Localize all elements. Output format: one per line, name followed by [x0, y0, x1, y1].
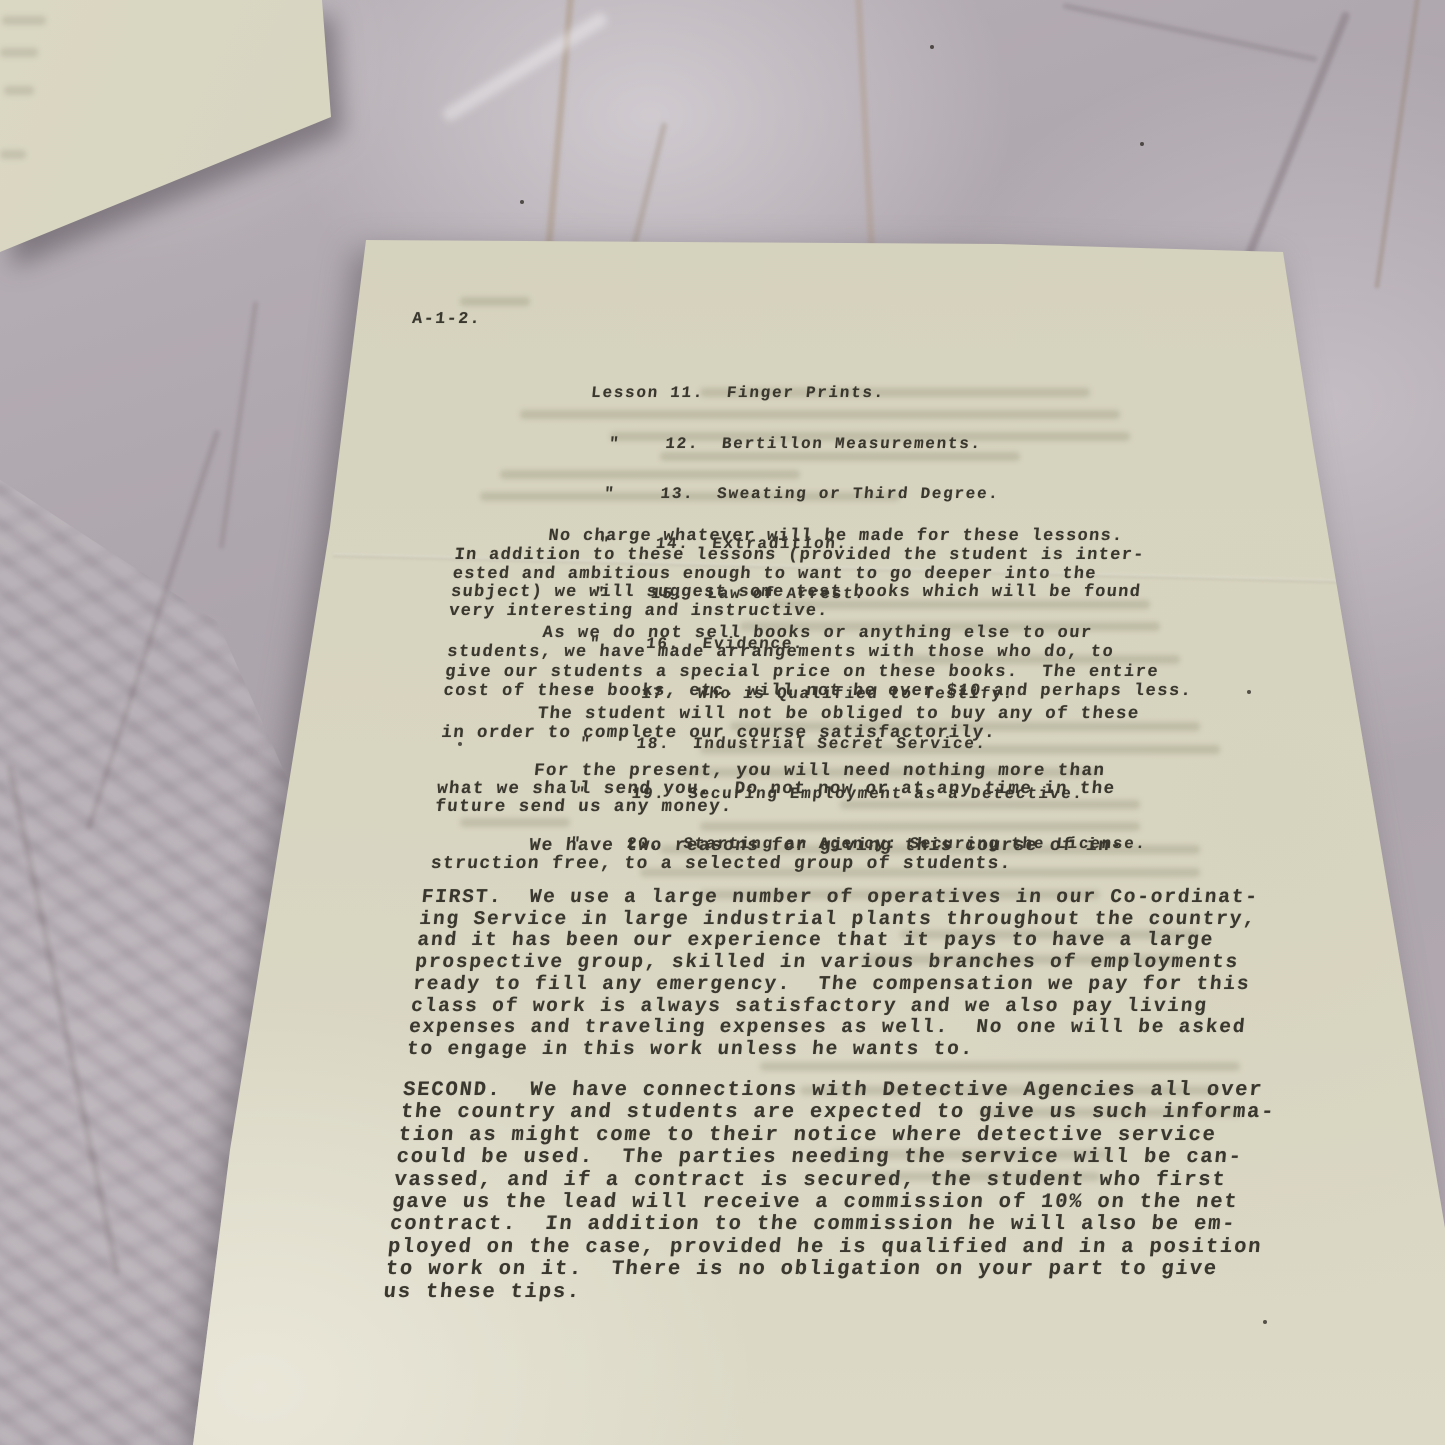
paragraph-two-reasons: We have two reasons for giving this cour… [430, 837, 1123, 873]
lesson-line: " 13. Sweating or Third Degree. [581, 486, 1182, 503]
letter-page-shadow: A-1-2. Lesson 11. Finger Prints. " 12. B… [0, 0, 1445, 1445]
lesson-line: " 12. Bertillon Measurements. [585, 436, 1186, 453]
photo-scene: A-1-2. Lesson 11. Finger Prints. " 12. B… [0, 0, 1445, 1445]
paragraph-books-price: As we do not sell books or anything else… [442, 624, 1198, 701]
lesson-line: Lesson 11. Finger Prints. [590, 385, 1191, 402]
typed-text-layer: A-1-2. Lesson 11. Finger Prints. " 12. B… [0, 0, 1445, 1445]
page-code: A-1-2. [411, 309, 482, 328]
letter-page: A-1-2. Lesson 11. Finger Prints. " 12. B… [0, 0, 1445, 1445]
paragraph-first-reason: FIRST. We use a large number of operativ… [406, 887, 1260, 1061]
paragraph-send-no-money: For the present, you will need nothing m… [434, 762, 1118, 816]
paragraph-no-charge: No charge whatever will be made for thes… [448, 528, 1147, 622]
paragraph-second-reason: SECOND. We have connections with Detecti… [382, 1080, 1278, 1304]
paragraph-not-obliged: The student will not be obliged to buy a… [440, 705, 1140, 743]
